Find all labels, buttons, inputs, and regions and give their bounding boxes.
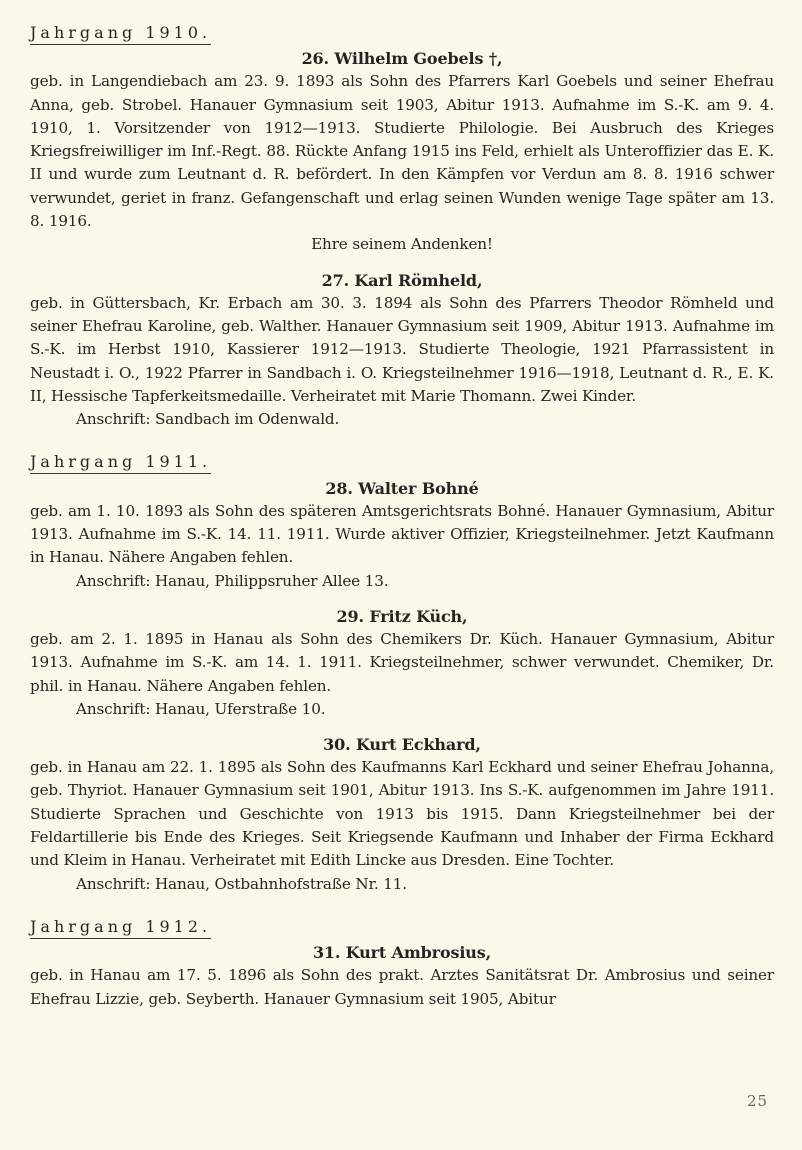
entry-biography: geb. in Hanau am 17. 5. 1896 als Sohn de…	[30, 964, 774, 1011]
entry-30: 30. Kurt Eckhard, geb. in Hanau am 22. 1…	[30, 733, 774, 896]
entry-closing: Ehre seinem Andenken!	[30, 233, 774, 256]
year-heading: Jahrgang 1911.	[30, 452, 211, 474]
year-heading: Jahrgang 1910.	[30, 23, 211, 45]
page-number: 25	[747, 1092, 768, 1110]
entry-name: 30. Kurt Eckhard,	[30, 733, 774, 756]
text-column: Jahrgang 1910. 26. Wilhelm Goebels †, ge…	[30, 22, 774, 1011]
entry-28: 28. Walter Bohné geb. am 1. 10. 1893 als…	[30, 477, 774, 593]
entry-name: 31. Kurt Ambrosius,	[30, 941, 774, 964]
entry-biography: geb. in Langendiebach am 23. 9. 1893 als…	[30, 70, 774, 233]
entry-address: Anschrift: Hanau, Uferstraße 10.	[30, 698, 774, 721]
section-1911: Jahrgang 1911. 28. Walter Bohné geb. am …	[30, 451, 774, 895]
entry-address: Anschrift: Hanau, Ostbahnhofstraße Nr. 1…	[30, 873, 774, 896]
entry-address: Anschrift: Hanau, Philippsruher Allee 13…	[30, 570, 774, 593]
entry-address: Anschrift: Sandbach im Odenwald.	[30, 408, 774, 431]
entry-27: 27. Karl Römheld, geb. in Güttersbach, K…	[30, 269, 774, 432]
entry-name: 26. Wilhelm Goebels †,	[30, 47, 774, 70]
section-1910: Jahrgang 1910. 26. Wilhelm Goebels †, ge…	[30, 22, 774, 431]
entry-name: 28. Walter Bohné	[30, 477, 774, 500]
entry-biography: geb. in Güttersbach, Kr. Erbach am 30. 3…	[30, 292, 774, 408]
entry-biography: geb. am 1. 10. 1893 als Sohn des spätere…	[30, 500, 774, 570]
year-heading: Jahrgang 1912.	[30, 917, 211, 939]
section-1912: Jahrgang 1912. 31. Kurt Ambrosius, geb. …	[30, 916, 774, 1011]
book-page: Jahrgang 1910. 26. Wilhelm Goebels †, ge…	[0, 0, 802, 1150]
entry-name: 29. Fritz Küch,	[30, 605, 774, 628]
entry-29: 29. Fritz Küch, geb. am 2. 1. 1895 in Ha…	[30, 605, 774, 721]
entry-name: 27. Karl Römheld,	[30, 269, 774, 292]
entry-biography: geb. in Hanau am 22. 1. 1895 als Sohn de…	[30, 756, 774, 872]
entry-31: 31. Kurt Ambrosius, geb. in Hanau am 17.…	[30, 941, 774, 1011]
entry-biography: geb. am 2. 1. 1895 in Hanau als Sohn des…	[30, 628, 774, 698]
entry-26: 26. Wilhelm Goebels †, geb. in Langendie…	[30, 47, 774, 256]
